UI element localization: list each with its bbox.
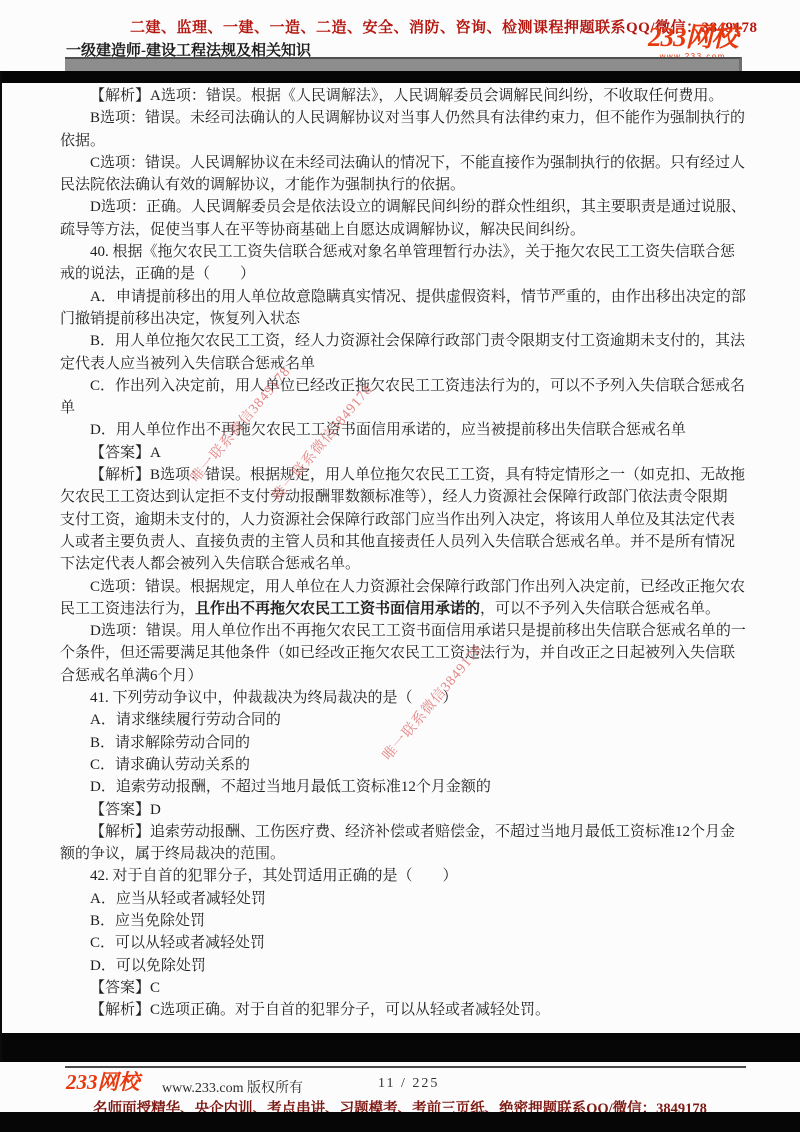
document-line: 民法院依法确认有效的调解协议，才能作为强制执行的依据。 (60, 174, 746, 196)
document-line: 【解析】追索劳动报酬、工伤医疗费、经济补偿或者赔偿金，不超过当地月最低工资标准1… (60, 821, 746, 843)
document-line: C．可以从轻或者减轻处罚 (60, 932, 746, 954)
document-line: 戒的说法，正确的是（ ） (60, 263, 746, 285)
document-line: 【答案】D (60, 799, 746, 821)
document-line: B．应当免除处罚 (60, 910, 746, 932)
document-line: B．请求解除劳动合同的 (60, 732, 746, 754)
brand-logo-text: 233网校 (648, 24, 738, 51)
letterbox-bar-bottom (0, 1112, 800, 1132)
document-line: C．作出列入决定前，用人单位已经改正拖欠农民工工资违法行为的，可以不予列入失信联… (60, 375, 746, 397)
document-line: 单 (60, 397, 746, 419)
document-line: C选项：错误。根据规定，用人单位在人力资源社会保障行政部门作出列入决定前，已经改… (60, 576, 746, 598)
document-line: B．用人单位拖欠农民工工资，经人力资源社会保障行政部门责令限期支付工资逾期未支付… (60, 330, 746, 352)
document-line: C．请求确认劳动关系的 (60, 754, 746, 776)
document-line: D．追索劳动报酬，不超过当地月最低工资标准12个月金额的 (60, 776, 746, 798)
document-line: 额的争议，属于终局裁决的范围。 (60, 843, 746, 865)
document-line: 【答案】C (60, 977, 746, 999)
page-indicator: 11 / 225 (378, 1076, 439, 1092)
letterbox-bar-middle (0, 1033, 800, 1062)
document-line: A．应当从轻或者减轻处罚 (60, 888, 746, 910)
document-line: 门撤销提前移出决定，恢复列入状态 (60, 308, 746, 330)
document-line: A．请求继续履行劳动合同的 (60, 709, 746, 731)
document-line: 个条件，但还需要满足其他条件（如已经改正拖欠农民工工资违法行为，并自改正之日起被… (60, 642, 746, 664)
document-line: 支付工资，逾期未支付的，人力资源社会保障行政部门应当作出列入决定，将该用人单位及… (60, 509, 746, 531)
document-line: 42. 对于自首的犯罪分子，其处罚适用正确的是（ ） (60, 865, 746, 887)
document-line: 合惩戒名单满6个月） (60, 665, 746, 687)
document-line: 41. 下列劳动争议中，仲裁裁决为终局裁决的是（ ） (60, 687, 746, 709)
document-line: 【解析】B选项：错误。根据规定，用人单位拖欠农民工工资，具有特定情形之一（如克扣… (60, 464, 746, 486)
brand-logo: 233网校 www.233.com (648, 24, 738, 61)
document-line: 【解析】C选项正确。对于自首的犯罪分子，可以从轻或者减轻处罚。 (60, 999, 746, 1021)
document-line: 人或者主要负责人、直接负责的主管人员和其他直接责任人员列入失信联合惩戒名单。并不… (60, 531, 746, 553)
document-line: D选项：正确。人民调解委员会是依法设立的调解民间纠纷的群众性组织，其主要职责是通… (60, 196, 746, 218)
document-line: 【解析】A选项：错误。根据《人民调解法》，人民调解委员会调解民间纠纷，不收取任何… (60, 85, 746, 107)
document-line: 定代表人应当被列入失信联合惩戒名单 (60, 353, 746, 375)
page-left-edge (0, 71, 2, 1062)
document-line: B选项：错误。未经司法确认的人民调解协议对当事人仍然具有法律约束力，但不能作为强… (60, 107, 746, 129)
document-line: 疏导等方法，促使当事人在平等协商基础上自愿达成调解协议，解决民间纠纷。 (60, 219, 746, 241)
document-line: A．申请提前移出的用人单位故意隐瞒真实情况、提供虚假资料，情节严重的，由作出移出… (60, 286, 746, 308)
page-top-shadow (65, 57, 742, 71)
document-line: 民工工资违法行为，且作出不再拖欠农民工工资书面信用承诺的，可以不予列入失信联合惩… (60, 598, 746, 620)
document-line: C选项：错误。人民调解协议在未经司法确认的情况下，不能直接作为强制执行的依据。只… (60, 152, 746, 174)
document-line: D．用人单位作出不再拖欠农民工工资书面信用承诺的，应当被提前移出失信联合惩戒名单 (60, 419, 746, 441)
footer-copyright: www.233.com 版权所有 (162, 1077, 303, 1097)
document-line: 下法定代表人都会被列入失信联合惩戒名单。 (60, 553, 746, 575)
document-line: D选项：错误。用人单位作出不再拖欠农民工工资书面信用承诺只是提前移出失信联合惩戒… (60, 620, 746, 642)
document-line: 欠农民工工资达到认定拒不支付劳动报酬罪数额标准等），经人力资源社会保障行政部门依… (60, 486, 746, 508)
footer-divider (65, 1066, 746, 1068)
letterbox-bar-top (0, 71, 800, 83)
document-line: 【答案】A (60, 442, 746, 464)
footer-logo-text: 233网校 (66, 1072, 140, 1093)
pdf-page: 二建、监理、一建、一造、二造、安全、消防、咨询、检测课程押题联系QQ/微信：38… (0, 0, 800, 1132)
document-line: 依据。 (60, 130, 746, 152)
document-body: 【解析】A选项：错误。根据《人民调解法》，人民调解委员会调解民间纠纷，不收取任何… (60, 85, 746, 1021)
document-line: 40. 根据《拖欠农民工工资失信联合惩戒对象名单管理暂行办法》，关于拖欠农民工工… (60, 241, 746, 263)
document-line: D．可以免除处罚 (60, 955, 746, 977)
